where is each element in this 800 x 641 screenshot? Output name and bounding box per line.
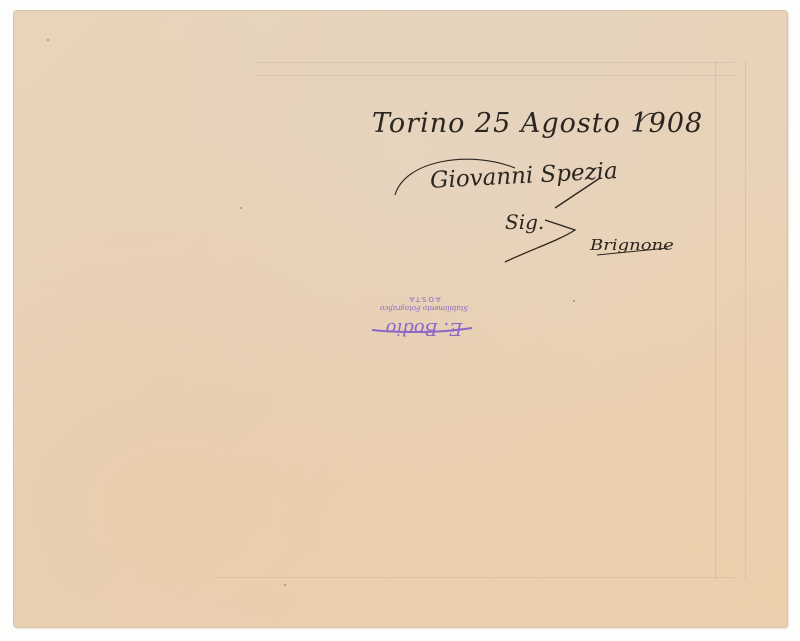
stamp-city: AOSTA: [366, 295, 482, 303]
photographer-stamp: E. Bodio Stabilimento Fotografico AOSTA: [366, 295, 482, 339]
stamp-studio-label: Stabilimento Fotografico: [366, 304, 482, 312]
stamp-photographer-name: E. Bodio: [366, 318, 482, 339]
